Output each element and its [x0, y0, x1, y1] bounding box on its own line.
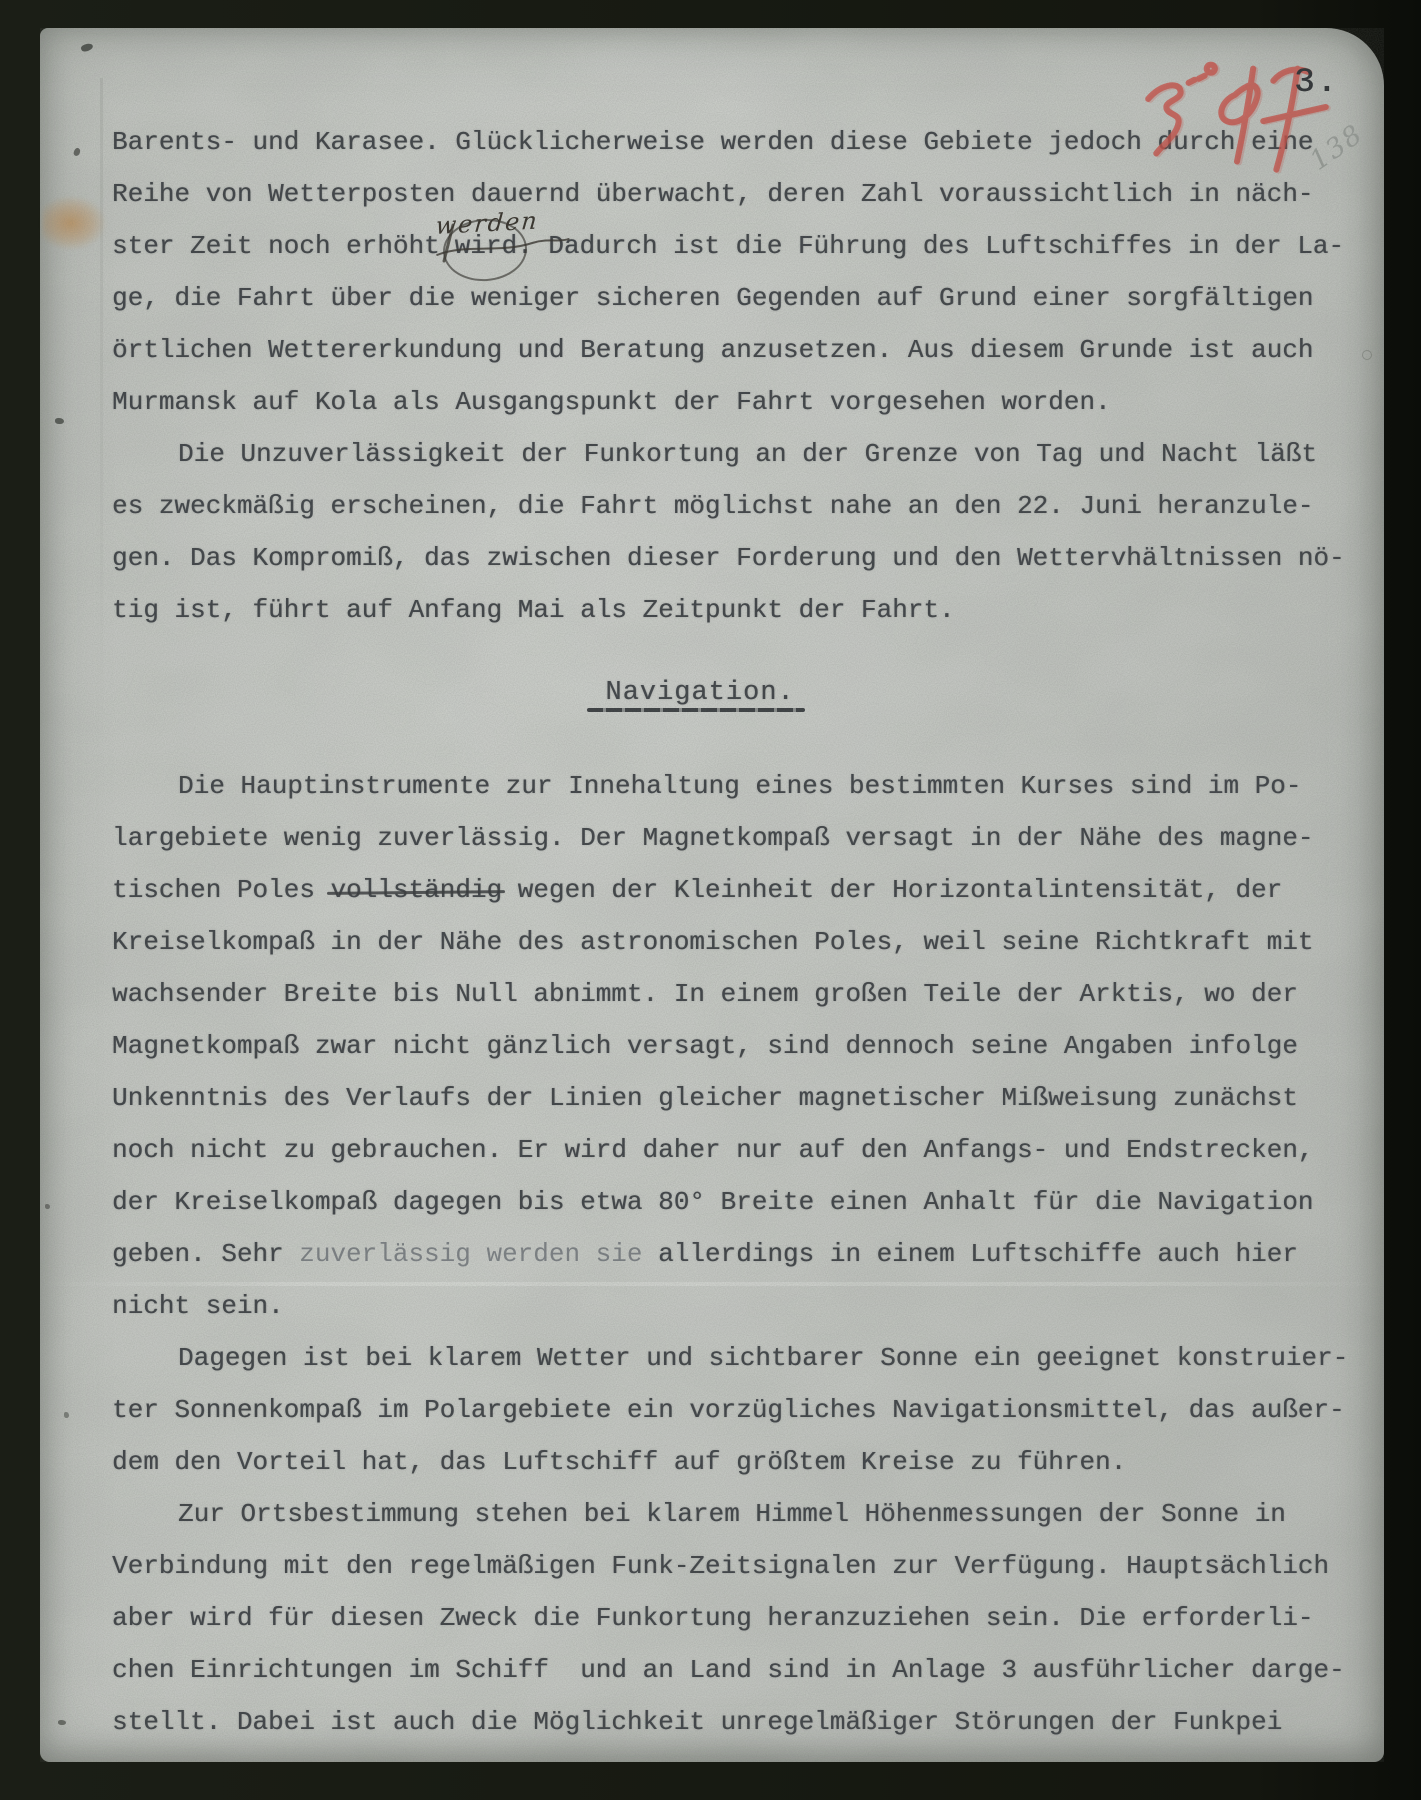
segment-text: Die Unzuverlässigkeit der Funkortung an …	[178, 439, 1317, 469]
typewritten-line: der Kreiselkompaß dagegen bis etwa 80° B…	[112, 1176, 1364, 1228]
segment-text: Unkenntnis des Verlaufs der Linien gleic…	[112, 1083, 1298, 1113]
segment-text: allerdings in einem Luftschiffe auch hie…	[643, 1239, 1298, 1269]
segment-struck: vollständig	[330, 875, 502, 905]
typewritten-line: Magnetkompaß zwar nicht gänzlich versagt…	[112, 1020, 1364, 1072]
typewritten-line: Die Hauptinstrumente zur Innehaltung ein…	[112, 760, 1364, 812]
typewritten-line: Zur Ortsbestimmung stehen bei klarem Him…	[112, 1488, 1364, 1540]
typewritten-line: noch nicht zu gebrauchen. Er wird daher …	[112, 1124, 1364, 1176]
segment-text: wachsender Breite bis Null abnimmt. In e…	[112, 979, 1298, 1009]
segment-text: noch nicht zu gebrauchen. Er wird daher …	[112, 1135, 1313, 1165]
typewritten-line: largebiete wenig zuverlässig. Der Magnet…	[112, 812, 1364, 864]
typewritten-line: ge, die Fahrt über die weniger sicheren …	[112, 272, 1364, 324]
segment-text: dem den Vorteil hat, das Luftschiff auf …	[112, 1447, 1126, 1477]
segment-text: Dagegen ist bei klarem Wetter und sichtb…	[178, 1343, 1348, 1373]
heading-underline	[587, 708, 804, 712]
typewritten-line: aber wird für diesen Zweck die Funkortun…	[112, 1592, 1364, 1644]
segment-text: Magnetkompaß zwar nicht gänzlich versagt…	[112, 1031, 1298, 1061]
paper-speck	[45, 1204, 50, 1209]
typewritten-line: Unkenntnis des Verlaufs der Linien gleic…	[112, 1072, 1364, 1124]
segment-text: chen Einrichtungen im Schiff und an Land…	[112, 1655, 1345, 1685]
page-number: 3.	[1294, 64, 1339, 102]
typewritten-line: örtlichen Wettererkundung und Beratung a…	[112, 324, 1364, 376]
segment-text: . Dadurch ist die Führung des Luftschiff…	[517, 231, 1344, 261]
typewritten-line: Verbindung mit den regelmäßigen Funk-Zei…	[112, 1540, 1364, 1592]
segment-text: largebiete wenig zuverlässig. Der Magnet…	[112, 823, 1313, 853]
paper-speck	[58, 1720, 66, 1725]
segment-text: nicht sein.	[112, 1291, 284, 1321]
segment-text: ge, die Fahrt über die weniger sicheren …	[112, 283, 1313, 313]
segment-faint: zuverlässig werden sie	[299, 1239, 642, 1269]
typewritten-line: dem den Vorteil hat, das Luftschiff auf …	[112, 1436, 1364, 1488]
typewritten-line: ster Zeit noch erhöhtwird. Dadurch ist d…	[112, 220, 1364, 272]
typewritten-line: Die Unzuverlässigkeit der Funkortung an …	[112, 428, 1364, 480]
typewritten-line: geben. Sehr zuverlässig werden sie aller…	[112, 1228, 1364, 1280]
typewritten-line: chen Einrichtungen im Schiff und an Land…	[112, 1644, 1364, 1696]
segment-text: ter Sonnenkompaß im Polargebiete ein vor…	[112, 1395, 1345, 1425]
segment-text: Reihe von Wetterposten dauernd überwacht…	[112, 179, 1313, 209]
rust-stain	[42, 196, 106, 250]
segment-text: Zur Ortsbestimmung stehen bei klarem Him…	[178, 1499, 1286, 1529]
typewritten-line: gen. Das Kompromiß, das zwischen dieser …	[112, 532, 1364, 584]
typewritten-line: nicht sein.	[112, 1280, 1364, 1332]
typewritten-line: Reihe von Wetterposten dauernd überwacht…	[112, 168, 1364, 220]
segment-text: Verbindung mit den regelmäßigen Funk-Zei…	[112, 1551, 1329, 1581]
segment-text: tischen Poles	[112, 875, 330, 905]
paper-speck	[80, 42, 94, 53]
segment-text: gen. Das Kompromiß, das zwischen dieser …	[112, 543, 1345, 573]
segment-text: geben. Sehr	[112, 1239, 299, 1269]
section-heading: Navigation.	[605, 666, 794, 719]
typewritten-line: Murmansk auf Kola als Ausgangspunkt der …	[112, 376, 1364, 428]
typewritten-line: Kreiselkompaß in der Nähe des astronomis…	[112, 916, 1364, 968]
segment-text: es zweckmäßig erscheinen, die Fahrt mögl…	[112, 491, 1313, 521]
typewritten-line: tig ist, führt auf Anfang Mai als Zeitpu…	[112, 584, 1364, 636]
segment-text: tig ist, führt auf Anfang Mai als Zeitpu…	[112, 595, 955, 625]
typewritten-line: ter Sonnenkompaß im Polargebiete ein vor…	[112, 1384, 1364, 1436]
paper-speck	[55, 418, 64, 424]
segment-text: ster Zeit noch erhöht	[112, 231, 440, 261]
segment-text: Kreiselkompaß in der Nähe des astronomis…	[112, 927, 1313, 957]
segment-text: Die Hauptinstrumente zur Innehaltung ein…	[178, 771, 1301, 801]
typewritten-line: wachsender Breite bis Null abnimmt. In e…	[112, 968, 1364, 1020]
paper-speck	[64, 1412, 69, 1418]
typewritten-text: Barents- und Karasee. Glücklicherweise w…	[112, 116, 1364, 1748]
segment-text: Murmansk auf Kola als Ausgangspunkt der …	[112, 387, 1111, 417]
section-heading-wrap: Navigation.	[112, 666, 1288, 718]
segment-text: stellt. Dabei ist auch die Möglichkeit u…	[112, 1707, 1282, 1737]
segment-text: örtlichen Wettererkundung und Beratung a…	[112, 335, 1313, 365]
segment-text: wegen der Kleinheit der Horizontalintens…	[502, 875, 1282, 905]
typewritten-line: es zweckmäßig erscheinen, die Fahrt mögl…	[112, 480, 1364, 532]
handwritten-insertion: werden	[435, 204, 587, 256]
document-page: Barents- und Karasee. Glücklicherweise w…	[40, 28, 1384, 1762]
paper-speck	[72, 147, 81, 157]
section-heading-text: Navigation.	[605, 678, 794, 708]
typewritten-line: tischen Poles vollständig wegen der Klei…	[112, 864, 1364, 916]
segment-text: aber wird für diesen Zweck die Funkortun…	[112, 1603, 1313, 1633]
segment-text: der Kreiselkompaß dagegen bis etwa 80° B…	[112, 1187, 1313, 1217]
typewritten-line: stellt. Dabei ist auch die Möglichkeit u…	[112, 1696, 1364, 1748]
paper-crease-vertical	[100, 78, 103, 738]
typewritten-line: Dagegen ist bei klarem Wetter und sichtb…	[112, 1332, 1364, 1384]
